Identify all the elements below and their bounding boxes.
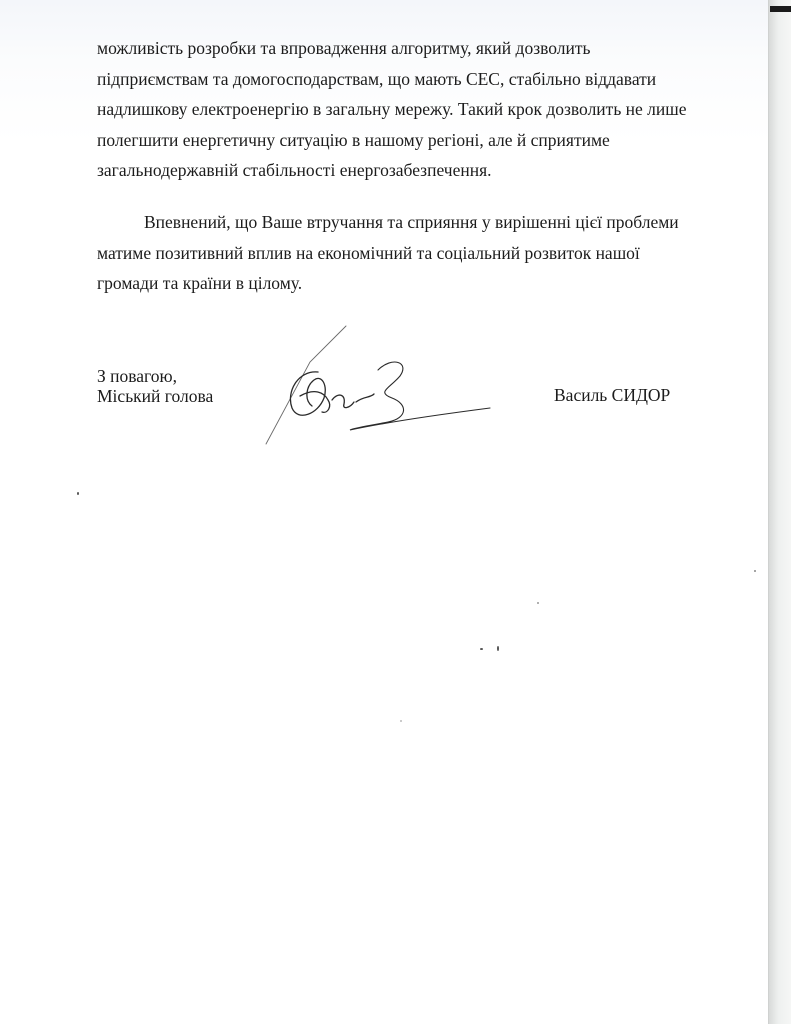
scan-speck [537, 602, 539, 604]
document-page: можливість розробки та впровадження алго… [0, 0, 768, 1024]
signature-icon [258, 322, 498, 452]
scan-speck [754, 570, 756, 572]
text-line: полегшити енергетичну ситуацію в нашому … [97, 125, 737, 156]
body-paragraph-2: Впевнений, що Ваше втручання та сприяння… [97, 207, 737, 299]
text-line: матиме позитивний вплив на економічний т… [97, 238, 737, 269]
closing-block: З повагою, Міський голова [97, 366, 213, 406]
text-line: загальнодержавній стабільності енергозаб… [97, 155, 737, 186]
scan-speck [400, 720, 402, 722]
scan-speck [77, 492, 79, 495]
text-line: громади та країни в цілому. [97, 268, 737, 299]
signer-name: Василь СИДОР [554, 385, 670, 405]
text-line: Впевнений, що Ваше втручання та сприяння… [97, 207, 737, 238]
signer-position: Міський голова [97, 386, 213, 406]
text-line: підприємствам та домогосподарствам, що м… [97, 64, 737, 95]
text-line: надлишкову електроенергію в загальну мер… [97, 94, 737, 125]
scan-edge-mark [770, 6, 791, 12]
salutation: З повагою, [97, 366, 213, 386]
scan-speck [480, 648, 483, 650]
scan-page-edge [768, 0, 791, 1024]
text-line: можливість розробки та впровадження алго… [97, 33, 737, 64]
scan-speck [497, 646, 499, 651]
body-paragraph-1: можливість розробки та впровадження алго… [97, 33, 737, 186]
